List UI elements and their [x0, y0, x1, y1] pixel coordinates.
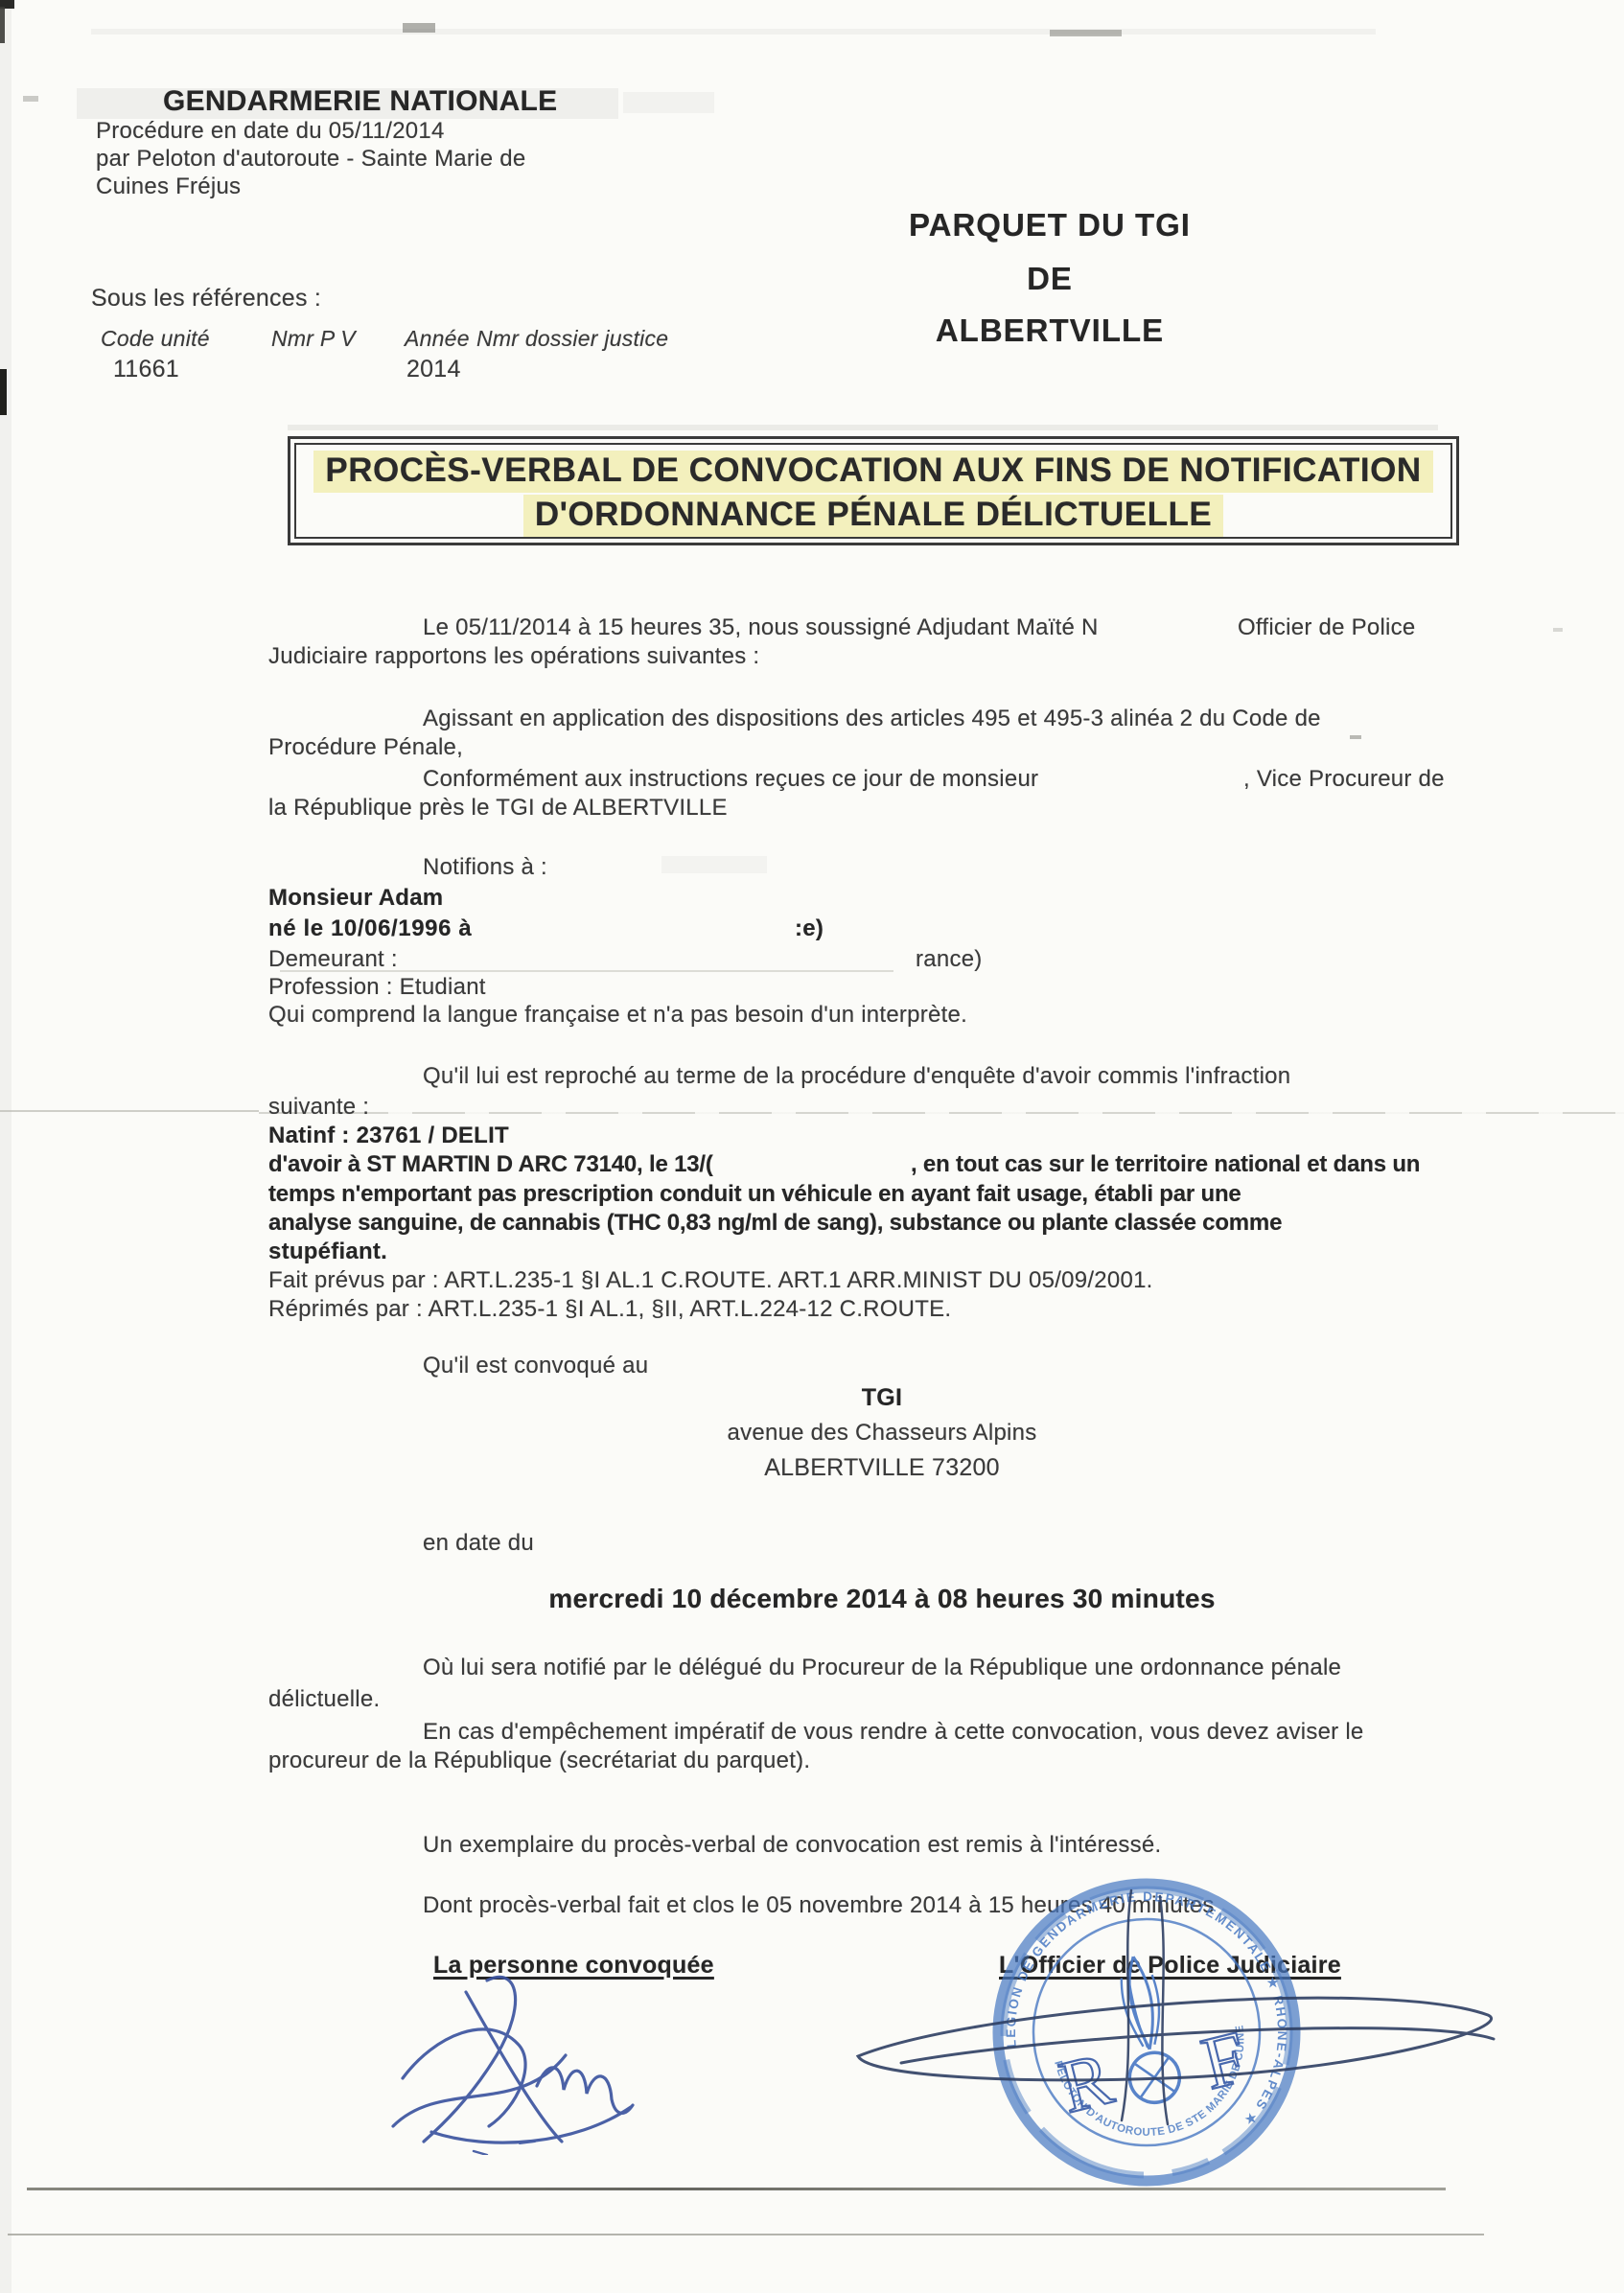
stamp-letter-r: R — [1052, 2036, 1121, 2129]
scan-smudge — [1050, 30, 1122, 36]
redaction-remnant — [661, 856, 767, 873]
scan-speck — [1350, 735, 1361, 739]
agency-name: GENDARMERIE NATIONALE — [163, 87, 557, 116]
ref-value-annee: 2014 — [406, 355, 461, 383]
person-name: Monsieur Adam — [268, 884, 443, 913]
legal-basis-line1: Agissant en application des dispositions… — [423, 705, 1321, 733]
instructions-line2: la République près le TGI de ALBERTVILLE — [268, 794, 728, 822]
ref-col-dossier-justice: Nmr dossier justice — [476, 324, 668, 353]
scan-smudge — [623, 92, 714, 113]
ref-col-code-unite: Code unité — [101, 324, 210, 353]
signature-scrawl — [393, 1977, 633, 2155]
document-title-line1: PROCÈS-VERBAL DE CONVOCATION AUX FINS DE… — [313, 451, 1432, 493]
legal-basis-line2: Procédure Pénale, — [268, 733, 463, 762]
instructions-line1-prefix: Conformément aux instructions reçues ce … — [423, 765, 1038, 794]
charge-intro-line2: suivante : — [268, 1093, 369, 1122]
fold-line — [0, 1110, 259, 1112]
intro-line2: Judiciaire rapportons les opérations sui… — [268, 642, 759, 671]
hearing-datetime: mercredi 10 décembre 2014 à 08 heures 30… — [548, 1585, 1215, 1613]
scan-smudge — [23, 96, 38, 102]
notification-line2: délictuelle. — [268, 1685, 380, 1714]
stamp-body: LEGION DE GENDARMERIE DEPARTEMENTALE ★ R… — [844, 1869, 1319, 2195]
charge-intro-line1: Qu'il lui est reproché au terme de la pr… — [423, 1062, 1290, 1091]
birth-line-prefix: né le 10/06/1996 à — [268, 915, 472, 943]
scan-speck — [1553, 628, 1563, 632]
convocation-intro: Qu'il est convoqué au — [423, 1352, 648, 1380]
offense-line4: stupéfiant. — [268, 1238, 387, 1266]
document-title-line2: D'ORDONNANCE PÉNALE DÉLICTUELLE — [523, 495, 1223, 537]
date-intro: en date du — [423, 1529, 534, 1558]
instructions-line1-suffix: , Vice Procureur de — [1243, 765, 1445, 794]
court-address-line1: avenue des Chasseurs Alpins — [728, 1419, 1037, 1448]
copy-note: Un exemplaire du procès-verbal de convoc… — [423, 1831, 1161, 1860]
procedure-unit-line2: Cuines Fréjus — [96, 173, 241, 201]
impediment-line2: procureur de la République (secrétariat … — [268, 1747, 810, 1775]
court-name: TGI — [862, 1383, 902, 1412]
impediment-line1: En cas d'empêchement impératif de vous r… — [423, 1718, 1364, 1747]
fold-line — [259, 1112, 1624, 1114]
court-address-line2: ALBERTVILLE 73200 — [764, 1453, 1000, 1482]
ref-col-nmr-pv: Nmr P V — [271, 324, 356, 353]
ref-value-code-unite: 11661 — [113, 355, 179, 383]
birth-line-fragment: :e) — [795, 915, 824, 943]
court-header-line2: DE — [1027, 265, 1073, 293]
redaction-underline — [280, 970, 893, 972]
court-header-line1: PARQUET DU TGI — [909, 211, 1191, 240]
scan-left-strip — [0, 0, 12, 2293]
scan-smudge — [288, 425, 1438, 430]
offense-line1-suffix: , en tout cas sur le territoire national… — [911, 1150, 1420, 1179]
scanned-document-page: GENDARMERIE NATIONALE Procédure en date … — [0, 0, 1624, 2293]
fait-prevus-line: Fait prévus par : ART.L.235-1 §I AL.1 C.… — [268, 1266, 1153, 1295]
procedure-date-line: Procédure en date du 05/11/2014 — [96, 117, 445, 146]
gendarmerie-stamp: LEGION DE GENDARMERIE DEPARTEMENTALE ★ R… — [844, 1869, 1515, 2195]
offense-line3: analyse sanguine, de cannabis (THC 0,83 … — [268, 1209, 1282, 1238]
natinf-line: Natinf : 23761 / DELIT — [268, 1122, 509, 1150]
scan-smudge — [91, 29, 1376, 35]
procedure-unit-line: par Peloton d'autoroute - Sainte Marie d… — [96, 145, 525, 174]
notify-label: Notifions à : — [423, 853, 547, 882]
language-line: Qui comprend la langue française et n'a … — [268, 1001, 967, 1030]
scan-line-bottom — [8, 2234, 1484, 2235]
references-label: Sous les références : — [91, 284, 321, 313]
intro-line1-suffix: Officier de Police — [1238, 614, 1415, 642]
offense-line1-prefix: d'avoir à ST MARTIN D ARC 73140, le 13/( — [268, 1150, 713, 1179]
convoked-person-signature — [374, 1963, 690, 2155]
document-title-box: PROCÈS-VERBAL DE CONVOCATION AUX FINS DE… — [288, 436, 1459, 545]
grenade-icon — [1109, 1953, 1184, 2107]
document-title-inner-border: PROCÈS-VERBAL DE CONVOCATION AUX FINS DE… — [294, 443, 1452, 539]
profession-line: Profession : Etudiant — [268, 973, 486, 1002]
reprimes-line: Réprimés par : ART.L.235-1 §I AL.1, §II,… — [268, 1295, 951, 1324]
notification-line1: Où lui sera notifié par le délégué du Pr… — [423, 1654, 1341, 1682]
offense-line2: temps n'emportant pas prescription condu… — [268, 1180, 1241, 1209]
ref-col-annee: Année — [405, 324, 470, 353]
court-header-line3: ALBERTVILLE — [936, 316, 1164, 345]
residence-fragment: rance) — [916, 945, 983, 974]
scan-smudge — [403, 23, 435, 33]
intro-line1-prefix: Le 05/11/2014 à 15 heures 35, nous souss… — [423, 614, 1099, 642]
